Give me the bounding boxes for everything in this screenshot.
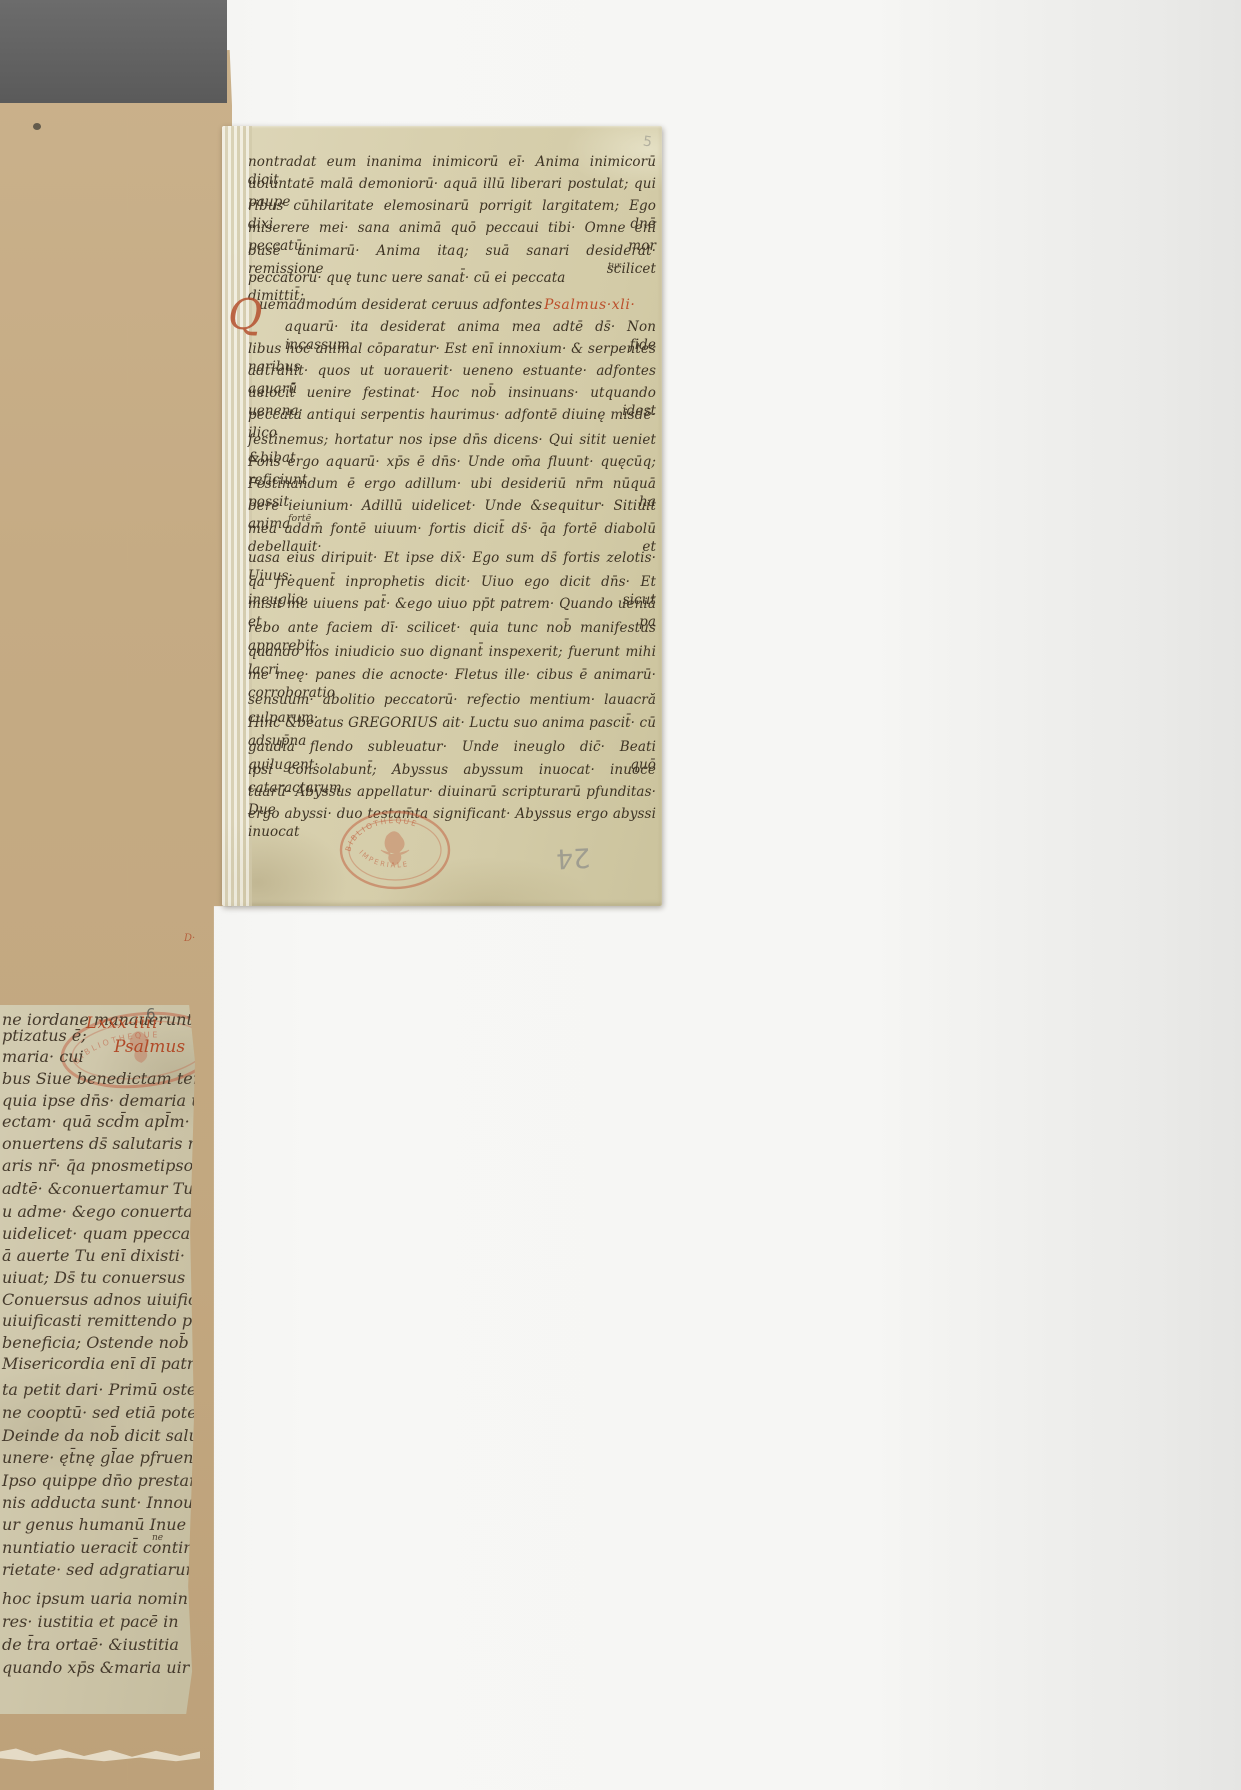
text-line: Ipso quippe dn̄o prestante· <box>2 1470 196 1491</box>
text-line: quia ipse dn̄s· demaria uir <box>2 1090 196 1111</box>
text-line: ur genus humanū Inue <box>2 1514 196 1535</box>
text-line: Conuersus adnos uiuifica <box>2 1289 196 1310</box>
text-line: Misericordia enī dī patris· <box>2 1353 196 1374</box>
library-stamp: BIBLIOTHEQUE IMPERIALE <box>334 806 456 894</box>
main-manuscript-page: nontradat eum inanima inimicorū eī· Anim… <box>222 126 662 906</box>
text-line: beneficia; Ostende nob̄ <box>2 1332 196 1353</box>
text-line: quando xp̄s &maria uir <box>2 1657 196 1678</box>
text-line: nuntiatio ueracit̄ continet̄· <box>2 1537 196 1558</box>
manuscript-scan: D· nontradat eum inanima inimicorū eī· A… <box>0 0 1241 1790</box>
text-line: rietate· sed adgratiarum <box>2 1559 196 1580</box>
pencil-folio-number: 6 <box>146 1005 156 1023</box>
interlinear-gloss: ne <box>152 1533 163 1543</box>
text-line: unere· ęt̄nę gl̄ae pfruendū <box>2 1447 196 1468</box>
psalm-rubric: Psalmus <box>114 1038 185 1057</box>
text-line: res· iustitia et pacē in <box>2 1611 196 1632</box>
red-initial-q: Q <box>228 294 262 336</box>
text-line: u adme· &ego conuertar <box>2 1201 196 1222</box>
text-line: hoc ipsum uaria nominū <box>2 1588 196 1609</box>
text-line: nis adducta sunt· Innouo <box>2 1492 196 1513</box>
text-line: uiuificasti remittendo pec <box>2 1310 196 1331</box>
fragment-manuscript-page: BIBLIOTHEQUE ne iordane manauerunt·ptiza… <box>0 1005 196 1714</box>
text-line: aris nr̄· q̄a pnosmetipsos con <box>2 1155 196 1176</box>
pencil-folio-number: 24 <box>555 841 591 874</box>
dark-speck <box>33 123 41 130</box>
text-line: ectam· quā scd̄m apl̄m· om̄i <box>2 1111 196 1132</box>
text-line: ā auerte Tu enī dixisti· <box>2 1245 196 1266</box>
text-line: adtē· &conuertamur Tu <box>2 1178 196 1199</box>
text-line: Deinde da nob̄ dicit salu <box>2 1425 196 1446</box>
text-line: ta petit dari· Primū osten <box>2 1379 196 1400</box>
interlinear-gloss: fortē <box>288 514 311 524</box>
superscript-abbreviation: tur <box>608 262 621 271</box>
svg-text:BIBLIOTHEQUE: BIBLIOTHEQUE <box>343 816 419 853</box>
pencil-mark-top-right: 5 <box>642 133 653 150</box>
text-line: onuertens ds̄ salutaris nr̄· <box>2 1133 196 1154</box>
gray-backdrop-block <box>0 0 227 103</box>
text-line: ne cooptū· sed etiā potentię <box>2 1402 196 1423</box>
red-margin-note: D· <box>184 933 195 944</box>
text-line: bus Siue benedictam ter <box>2 1068 196 1089</box>
stamp-text-top: BIBLIOTHEQUE <box>343 816 419 853</box>
text-line: uiuat; Ds̄ tu conuersus <box>2 1267 196 1288</box>
stamp-eagle-icon <box>381 832 409 865</box>
psalm-rubric: Psalmus·xli· <box>544 297 635 313</box>
text-line: uidelicet· quam ppeccatis <box>2 1223 196 1244</box>
text-line: de t̄ra ortaē· &iustitia <box>2 1634 196 1655</box>
